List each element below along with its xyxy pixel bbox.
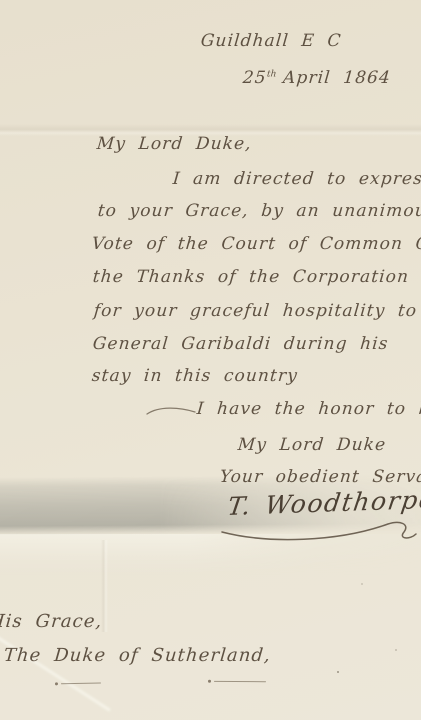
letter-page: Guildhall E C 25thApril 1864 My Lord Duk… <box>0 0 421 720</box>
address-line: The Duke of Sutherland, <box>3 647 272 665</box>
date-ordinal: th <box>267 69 277 79</box>
pen-dash <box>208 681 260 683</box>
pen-dot <box>55 682 58 685</box>
letter-place-line: Guildhall E C <box>200 33 342 50</box>
salutation: My Lord Duke, <box>96 136 252 153</box>
pen-dash <box>55 683 95 686</box>
closing-line: I have the honor to be <box>196 401 421 418</box>
closing-line: My Lord Duke <box>237 437 387 454</box>
lead-in-stroke <box>145 405 197 417</box>
date-month-year: April 1864 <box>282 68 392 88</box>
address-line: His Grace, <box>0 613 103 631</box>
paper-speck <box>395 649 397 651</box>
pen-dot <box>208 680 211 683</box>
signature: T. Woodthorpe <box>226 487 421 519</box>
letter-date-line: 25thApril 1864 <box>242 70 392 87</box>
body-line: General Garibaldi during his <box>92 336 389 353</box>
body-line: to your Grace, by an unanimous <box>97 203 421 220</box>
diagonal-crease <box>0 627 111 711</box>
closing-line: Your obedient Servant <box>219 469 421 486</box>
paper-speck <box>337 671 339 673</box>
body-line: the Thanks of the Corporation <box>92 269 410 286</box>
body-line: I am directed to express <box>172 171 421 188</box>
body-line: for your graceful hospitality to <box>93 303 418 320</box>
pen-dash-line <box>61 683 101 685</box>
body-line: Vote of the Court of Common Council <box>91 236 421 253</box>
paper-speck <box>361 583 363 585</box>
body-line: stay in this country <box>91 368 299 385</box>
fold-highlight <box>0 534 421 576</box>
pen-dash-line <box>214 681 266 683</box>
date-day: 25 <box>242 68 268 88</box>
